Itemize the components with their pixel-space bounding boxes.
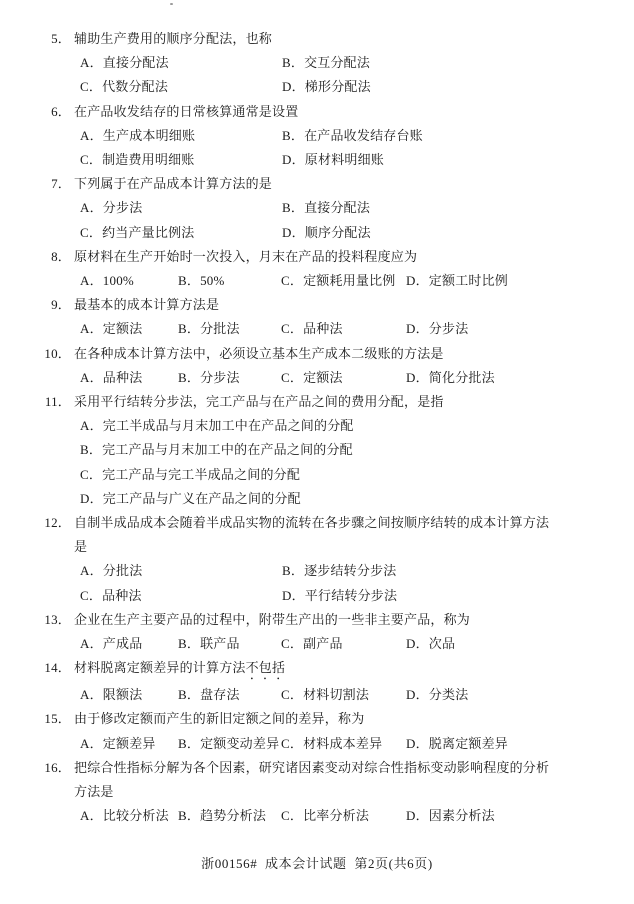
option-b: B．定额变动差异 (178, 732, 281, 756)
option-a: A．直接分配法 (80, 51, 282, 75)
option-a: A．限额法 (80, 683, 178, 707)
option-d: D．次品 (406, 632, 455, 656)
options: A．比较分析法B．趋势分析法C．比率分析法D．因素分析法 (80, 804, 634, 828)
option-c: C．材料切割法 (281, 683, 406, 707)
question-stem-row: 6． 在产品收发结存的日常核算通常是设置 (0, 100, 634, 124)
page-footer: 浙00156# 成本会计试题 第2页(共6页) (0, 853, 634, 872)
option-a: A．品种法 (80, 366, 178, 390)
option-a: A．产成品 (80, 632, 178, 656)
question: 10． 在各种成本计算方法中，必须设立基本生产成本二级账的方法是 A．品种法B．… (0, 342, 634, 390)
option-b: B．联产品 (178, 632, 281, 656)
question-number: 11． (0, 390, 71, 414)
question-number: 9． (0, 293, 71, 317)
option-b: B．趋势分析法 (178, 804, 281, 828)
options: A．产成品B．联产品C．副产品D．次品 (80, 632, 634, 656)
exam-page: 5． 辅助生产费用的顺序分配法，也称 A．直接分配法B．交互分配法C．代数分配法… (0, 0, 634, 904)
option-d: D．原材料明细账 (282, 148, 423, 172)
options: A．直接分配法B．交互分配法C．代数分配法D．梯形分配法 (80, 51, 634, 99)
stem-line: 把综合性指标分解为各个因素，研究诸因素变动对综合性指标变动影响程度的分析 (74, 756, 634, 780)
options: A．完工半成品与月末加工中在产品之间的分配B．完工产品与月末加工中的在产品之间的… (80, 414, 634, 511)
stem-line: 方法是 (74, 780, 634, 804)
option-b: B．在产品收发结存台账 (282, 124, 423, 148)
scan-speck (170, 3, 173, 5)
footer-text: 浙00156# 成本会计试题 第2页(共6页) (201, 856, 433, 871)
options: A．生产成本明细账B．在产品收发结存台账C．制造费用明细账D．原材料明细账 (80, 124, 634, 172)
question-number: 7． (0, 172, 71, 196)
option-c: C．品种法 (281, 317, 406, 341)
option-c: C．定额法 (281, 366, 406, 390)
emphasized-text: 不包括 (246, 660, 286, 675)
question-stem: 原材料在生产开始时一次投入，月末在产品的投料程度应为 (74, 245, 634, 269)
stem-line: 在产品收发结存的日常核算通常是设置 (74, 100, 634, 124)
option-d: D．梯形分配法 (282, 75, 371, 99)
question-stem: 采用平行结转分步法，完工产品与在产品之间的费用分配，是指 (74, 390, 634, 414)
option-b: B．直接分配法 (282, 196, 371, 220)
question-stem: 下列属于在产品成本计算方法的是 (74, 172, 634, 196)
question: 5． 辅助生产费用的顺序分配法，也称 A．直接分配法B．交互分配法C．代数分配法… (0, 27, 634, 100)
options: A．限额法B．盘存法C．材料切割法D．分类法 (80, 683, 634, 707)
option-b: B．交互分配法 (282, 51, 371, 75)
question: 14． 材料脱离定额差异的计算方法不包括 A．限额法B．盘存法C．材料切割法D．… (0, 656, 634, 707)
question: 8． 原材料在生产开始时一次投入，月末在产品的投料程度应为 A．100%B．50… (0, 245, 634, 293)
option-c: C．副产品 (281, 632, 406, 656)
question: 9． 最基本的成本计算方法是 A．定额法B．分批法C．品种法D．分步法 (0, 293, 634, 341)
question-stem: 辅助生产费用的顺序分配法，也称 (74, 27, 634, 51)
question-stem: 自制半成品成本会随着半成品实物的流转在各步骤之间按顺序结转的成本计算方法是 (74, 511, 634, 559)
option-d: D．简化分批法 (406, 366, 495, 390)
option-c: C．约当产量比例法 (80, 221, 282, 245)
option-b: B．50% (178, 269, 281, 293)
question-number: 14． (0, 656, 71, 680)
stem-line: 辅助生产费用的顺序分配法，也称 (74, 27, 634, 51)
question-stem-row: 15． 由于修改定额而产生的新旧定额之间的差异，称为 (0, 707, 634, 731)
question-stem: 在各种成本计算方法中，必须设立基本生产成本二级账的方法是 (74, 342, 634, 366)
question: 7． 下列属于在产品成本计算方法的是 A．分步法B．直接分配法C．约当产量比例法… (0, 172, 634, 245)
question: 16． 把综合性指标分解为各个因素，研究诸因素变动对综合性指标变动影响程度的分析… (0, 756, 634, 829)
question-stem-row: 14． 材料脱离定额差异的计算方法不包括 (0, 656, 634, 683)
question-stem: 最基本的成本计算方法是 (74, 293, 634, 317)
option-d: D．定额工时比例 (406, 269, 508, 293)
option-a: A．定额法 (80, 317, 178, 341)
options: A．分批法B．逐步结转分步法C．品种法D．平行结转分步法 (80, 559, 634, 607)
option-c: C．材料成本差异 (281, 732, 406, 756)
question-number: 16． (0, 756, 71, 780)
option-b: B．分步法 (178, 366, 281, 390)
question: 11． 采用平行结转分步法，完工产品与在产品之间的费用分配，是指 A．完工半成品… (0, 390, 634, 511)
stem-line: 采用平行结转分步法，完工产品与在产品之间的费用分配，是指 (74, 390, 634, 414)
question-stem-row: 9． 最基本的成本计算方法是 (0, 293, 634, 317)
option-a: A．分批法 (80, 559, 282, 583)
option-d: D．顺序分配法 (282, 221, 371, 245)
question-stem-row: 8． 原材料在生产开始时一次投入，月末在产品的投料程度应为 (0, 245, 634, 269)
questions-list: 5． 辅助生产费用的顺序分配法，也称 A．直接分配法B．交互分配法C．代数分配法… (0, 0, 634, 829)
question-number: 13． (0, 608, 71, 632)
option-c: C．品种法 (80, 584, 282, 608)
stem-line: 是 (74, 535, 634, 559)
option-d: D．脱离定额差异 (406, 732, 508, 756)
options: A．定额法B．分批法C．品种法D．分步法 (80, 317, 634, 341)
option-b: B．完工产品与月末加工中的在产品之间的分配 (80, 438, 634, 462)
question: 6． 在产品收发结存的日常核算通常是设置 A．生产成本明细账B．在产品收发结存台… (0, 100, 634, 173)
question-stem-row: 12． 自制半成品成本会随着半成品实物的流转在各步骤之间按顺序结转的成本计算方法… (0, 511, 634, 559)
options: A．分步法B．直接分配法C．约当产量比例法D．顺序分配法 (80, 196, 634, 244)
option-d: D．分步法 (406, 317, 468, 341)
stem-line: 由于修改定额而产生的新旧定额之间的差异，称为 (74, 707, 634, 731)
question-stem: 材料脱离定额差异的计算方法不包括 (74, 656, 634, 683)
stem-line: 企业在生产主要产品的过程中，附带生产出的一些非主要产品，称为 (74, 608, 634, 632)
option-c: C．定额耗用量比例 (281, 269, 406, 293)
question-stem-row: 7． 下列属于在产品成本计算方法的是 (0, 172, 634, 196)
question-number: 12． (0, 511, 71, 535)
option-a: A．100% (80, 269, 178, 293)
option-d: D．分类法 (406, 683, 468, 707)
stem-line: 材料脱离定额差异的计算方法不包括 (74, 656, 634, 683)
question-stem-row: 16． 把综合性指标分解为各个因素，研究诸因素变动对综合性指标变动影响程度的分析… (0, 756, 634, 804)
option-a: A．定额差异 (80, 732, 178, 756)
question: 13． 企业在生产主要产品的过程中，附带生产出的一些非主要产品，称为 A．产成品… (0, 608, 634, 656)
option-a: A．比较分析法 (80, 804, 178, 828)
option-c: C．制造费用明细账 (80, 148, 282, 172)
options: A．定额差异B．定额变动差异C．材料成本差异D．脱离定额差异 (80, 732, 634, 756)
question-number: 8． (0, 245, 71, 269)
question-stem-row: 5． 辅助生产费用的顺序分配法，也称 (0, 27, 634, 51)
question-number: 5． (0, 27, 71, 51)
stem-line: 最基本的成本计算方法是 (74, 293, 634, 317)
question-stem: 把综合性指标分解为各个因素，研究诸因素变动对综合性指标变动影响程度的分析方法是 (74, 756, 634, 804)
option-c: C．代数分配法 (80, 75, 282, 99)
options: A．100%B．50%C．定额耗用量比例D．定额工时比例 (80, 269, 634, 293)
question-stem-row: 11． 采用平行结转分步法，完工产品与在产品之间的费用分配，是指 (0, 390, 634, 414)
question-stem: 由于修改定额而产生的新旧定额之间的差异，称为 (74, 707, 634, 731)
option-c: C．比率分析法 (281, 804, 406, 828)
option-b: B．盘存法 (178, 683, 281, 707)
question-number: 10． (0, 342, 71, 366)
stem-line: 自制半成品成本会随着半成品实物的流转在各步骤之间按顺序结转的成本计算方法 (74, 511, 634, 535)
question-number: 15． (0, 707, 71, 731)
option-b: B．分批法 (178, 317, 281, 341)
options: A．品种法B．分步法C．定额法D．简化分批法 (80, 366, 634, 390)
question-number: 6． (0, 100, 71, 124)
stem-line: 在各种成本计算方法中，必须设立基本生产成本二级账的方法是 (74, 342, 634, 366)
option-d: D．完工产品与广义在产品之间的分配 (80, 487, 634, 511)
question-stem-row: 13． 企业在生产主要产品的过程中，附带生产出的一些非主要产品，称为 (0, 608, 634, 632)
question-stem: 在产品收发结存的日常核算通常是设置 (74, 100, 634, 124)
option-a: A．完工半成品与月末加工中在产品之间的分配 (80, 414, 634, 438)
stem-line: 下列属于在产品成本计算方法的是 (74, 172, 634, 196)
option-a: A．生产成本明细账 (80, 124, 282, 148)
question-stem: 企业在生产主要产品的过程中，附带生产出的一些非主要产品，称为 (74, 608, 634, 632)
question: 15． 由于修改定额而产生的新旧定额之间的差异，称为 A．定额差异B．定额变动差… (0, 707, 634, 755)
option-d: D．因素分析法 (406, 804, 495, 828)
option-d: D．平行结转分步法 (282, 584, 397, 608)
stem-line: 原材料在生产开始时一次投入，月末在产品的投料程度应为 (74, 245, 634, 269)
option-a: A．分步法 (80, 196, 282, 220)
question: 12． 自制半成品成本会随着半成品实物的流转在各步骤之间按顺序结转的成本计算方法… (0, 511, 634, 608)
option-b: B．逐步结转分步法 (282, 559, 397, 583)
question-stem-row: 10． 在各种成本计算方法中，必须设立基本生产成本二级账的方法是 (0, 342, 634, 366)
option-c: C．完工产品与完工半成品之间的分配 (80, 463, 634, 487)
